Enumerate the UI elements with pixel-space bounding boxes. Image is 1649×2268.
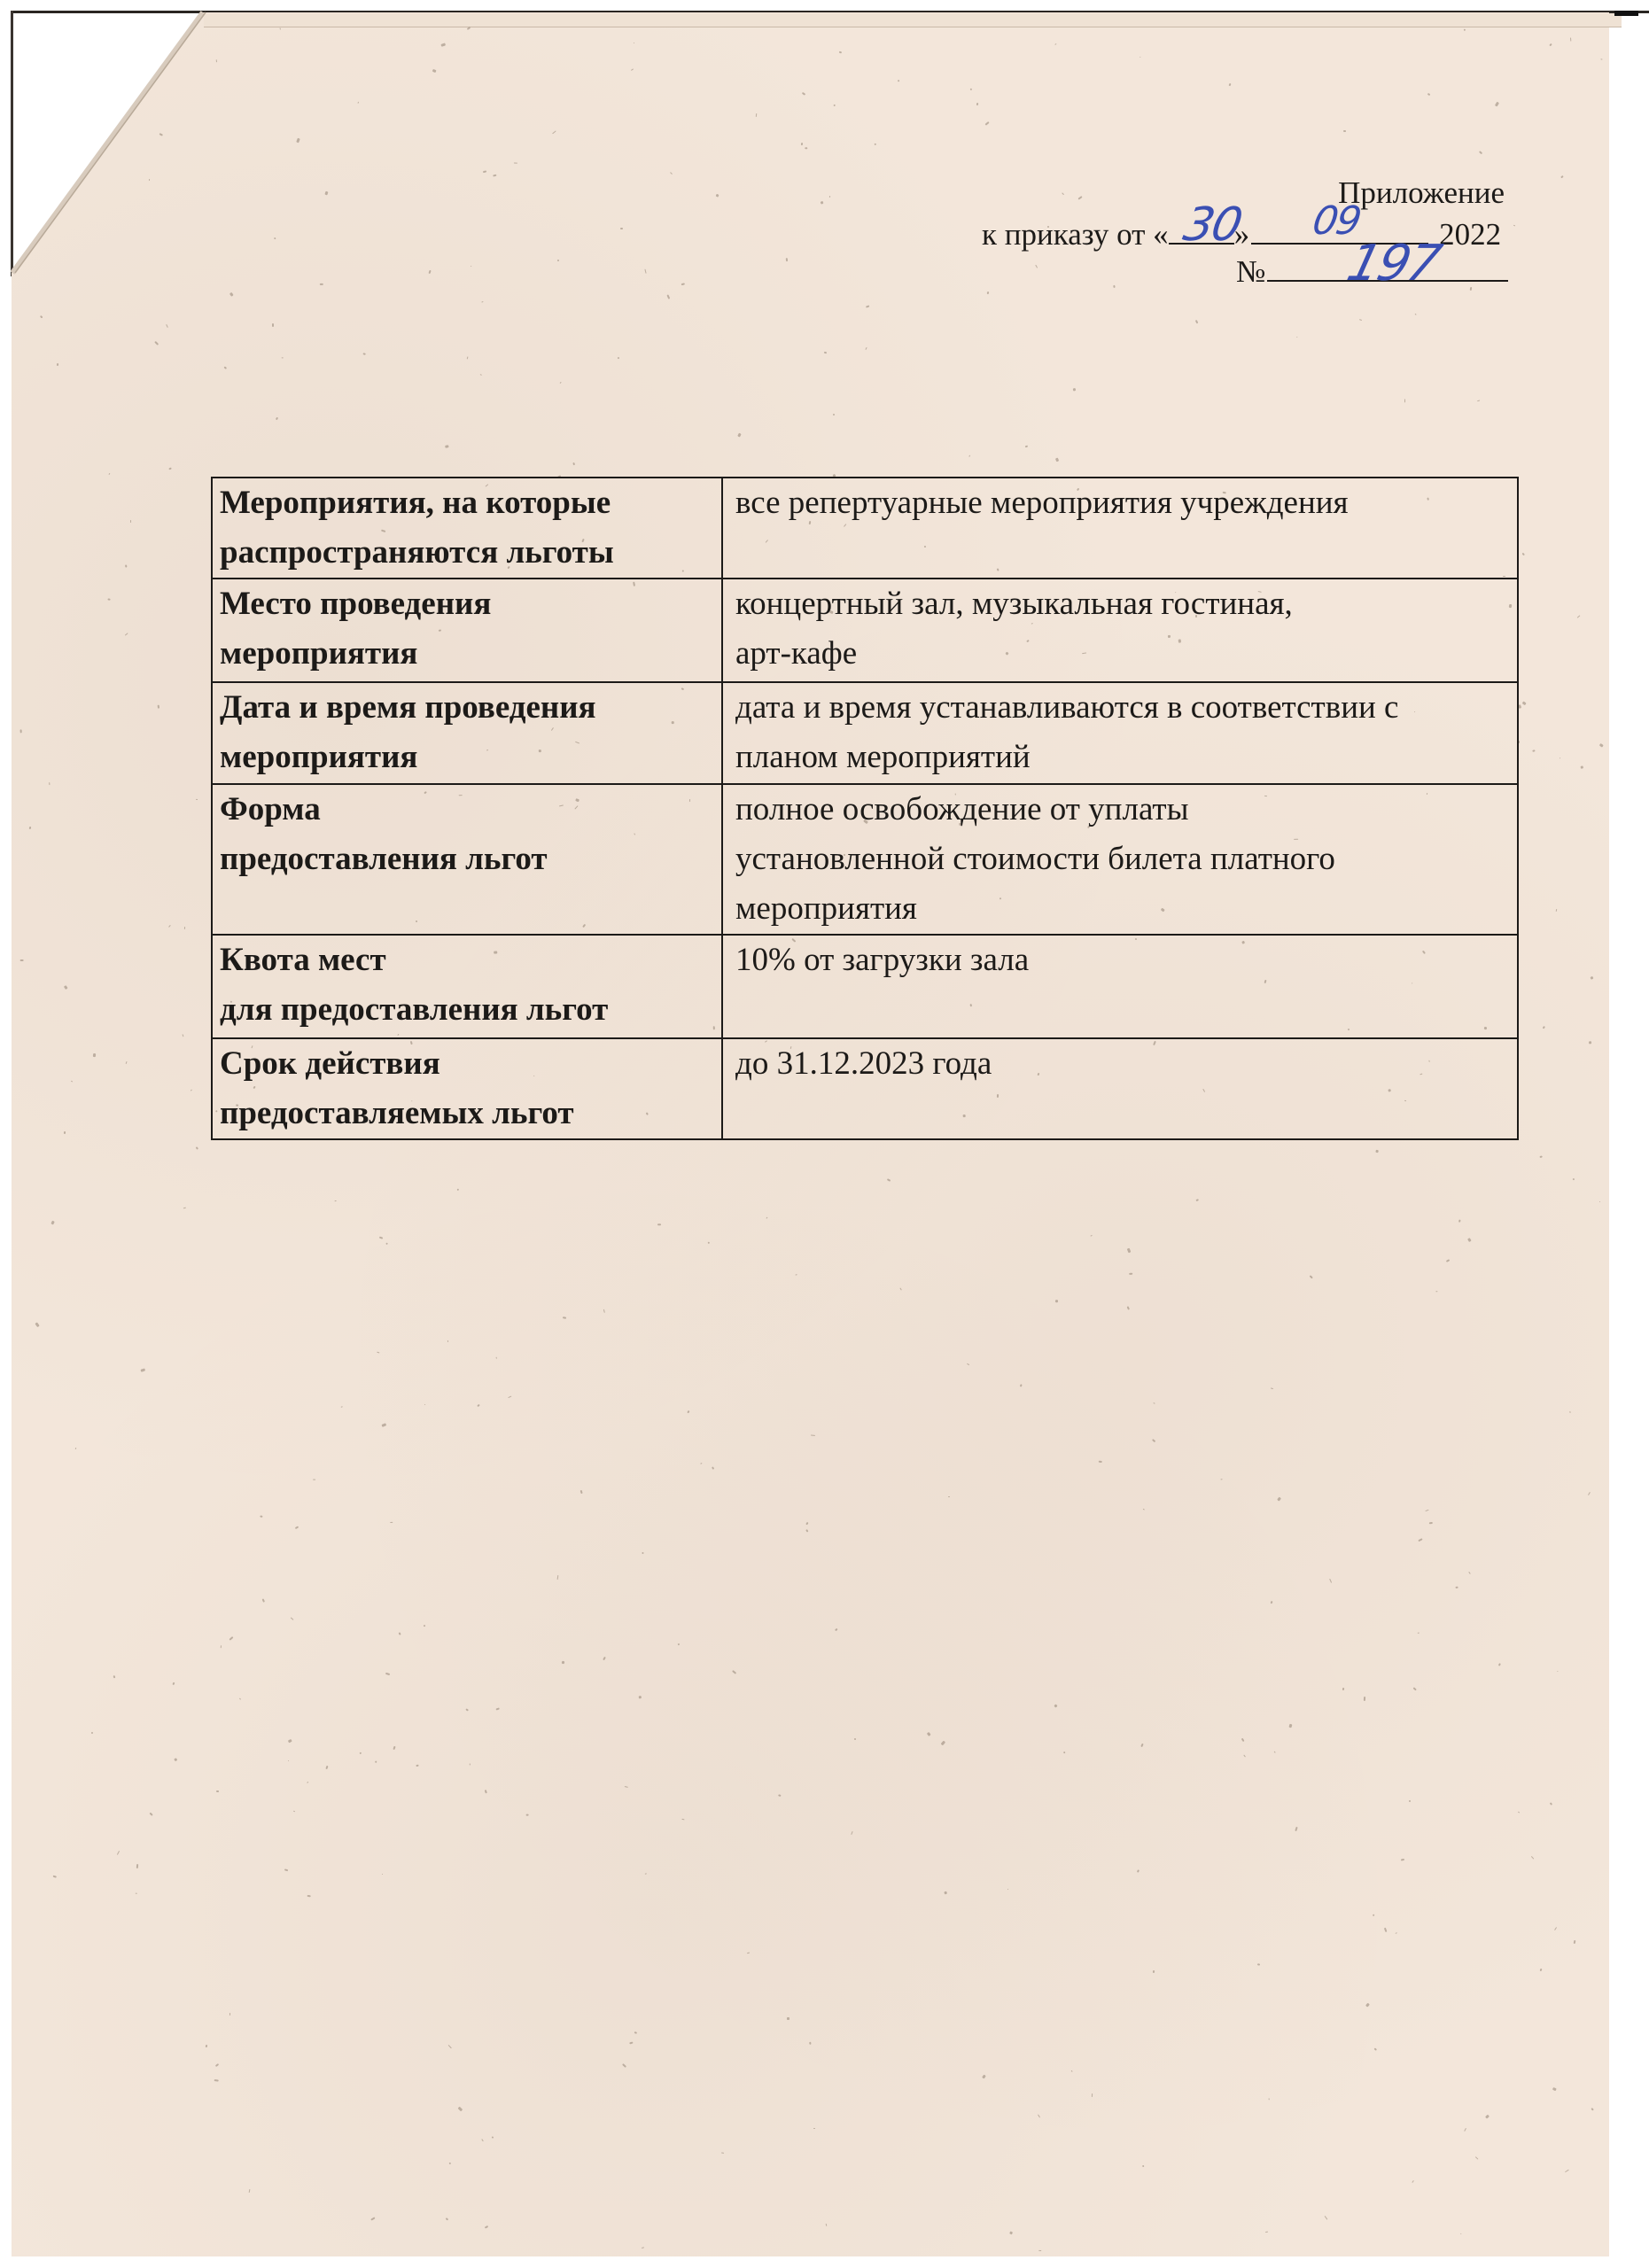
row-value-line: планом мероприятий (735, 733, 1508, 782)
table-row: Мероприятия, на которыераспространяются … (212, 478, 1518, 579)
row-value-line: все репертуарные мероприятия учреждения (735, 478, 1508, 528)
table-row: Квота местдля предоставления льгот10% от… (212, 935, 1518, 1038)
row-label: Квота местдля предоставления льгот (212, 935, 722, 1038)
order-prefix: к приказу от « (982, 217, 1169, 252)
scan-border-left (11, 11, 13, 276)
row-label-line: предоставляемых льгот (220, 1089, 712, 1138)
row-label-line: Мероприятия, на которые (220, 478, 712, 528)
row-value: дата и время устанавливаются в соответст… (722, 682, 1518, 784)
row-label-line: мероприятия (220, 733, 712, 782)
row-label-line: Квота мест (220, 936, 712, 985)
row-label-line: Срок действия (220, 1039, 712, 1089)
row-value-line: мероприятия (735, 884, 1508, 934)
order-day-field: 30 (1169, 216, 1234, 245)
row-value: полное освобождение от уплатыустановленн… (722, 784, 1518, 935)
row-value: до 31.12.2023 года (722, 1038, 1518, 1139)
row-value-line: установленной стоимости билета платного (735, 835, 1508, 884)
table-row: Формапредоставления льготполное освобожд… (212, 784, 1518, 935)
appendix-label: Приложение (1338, 177, 1505, 208)
table-row: Срок действияпредоставляемых льготдо 31.… (212, 1038, 1518, 1139)
table-row: Место проведениямероприятияконцертный за… (212, 579, 1518, 682)
row-value: концертный зал, музыкальная гостиная,арт… (722, 579, 1518, 682)
row-value-line: 10% от загрузки зала (735, 936, 1508, 985)
row-label: Срок действияпредоставляемых льгот (212, 1038, 722, 1139)
row-value-line: арт-кафе (735, 629, 1508, 679)
row-label-line: Дата и время проведения (220, 683, 712, 733)
order-number-line: №197 (1236, 250, 1508, 287)
row-label: Дата и время проведениямероприятия (212, 682, 722, 784)
table-row: Дата и время проведениямероприятиядата и… (212, 682, 1518, 784)
row-label-line: Форма (220, 785, 712, 835)
handwritten-number: 197 (1342, 239, 1444, 289)
row-label: Формапредоставления льгот (212, 784, 722, 935)
row-label-line: мероприятия (220, 629, 712, 679)
number-label: № (1236, 254, 1265, 289)
row-label-line: Место проведения (220, 579, 712, 629)
order-year: 2022 (1439, 217, 1501, 252)
handwritten-day: 30 (1179, 202, 1244, 248)
row-value-line: полное освобождение от уплаты (735, 785, 1508, 835)
row-label-line: для предоставления льгот (220, 985, 712, 1035)
row-label: Место проведениямероприятия (212, 579, 722, 682)
row-value-line: концертный зал, музыкальная гостиная, (735, 579, 1508, 629)
row-label-line: предоставления льгот (220, 835, 712, 884)
order-number-field: 197 (1267, 250, 1508, 282)
page-top-edge-strip (204, 13, 1622, 27)
row-label-line: распространяются льготы (220, 528, 712, 578)
scan-border-corner (1614, 11, 1638, 16)
row-value-line: дата и время устанавливаются в соответст… (735, 683, 1508, 733)
benefits-table: Мероприятия, на которыераспространяются … (211, 477, 1519, 1140)
row-label: Мероприятия, на которыераспространяются … (212, 478, 722, 579)
row-value-line: до 31.12.2023 года (735, 1039, 1508, 1089)
row-value: все репертуарные мероприятия учреждения (722, 478, 1518, 579)
row-value: 10% от загрузки зала (722, 935, 1518, 1038)
